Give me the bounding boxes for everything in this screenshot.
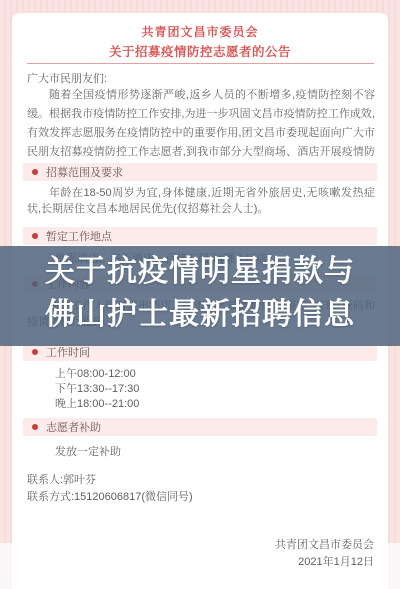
section-title: 暂定工作地点 xyxy=(46,228,112,244)
section-body-recruit-scope: 年龄在18-50周岁为宜,身体健康,近期无省外旅居史,无咳嗽发热症状,长期居住文… xyxy=(27,185,375,217)
title-divider xyxy=(27,63,374,64)
section-body-subsidy: 发放一定补助 xyxy=(55,443,121,459)
work-time-evening: 晚上18:00--21:00 xyxy=(55,395,139,411)
bullet-icon xyxy=(32,169,38,175)
overlay-headline-line2: 佛山护士最新招聘信息 xyxy=(0,299,400,331)
doc-title: 关于招募疫情防控志愿者的公告 xyxy=(12,42,388,60)
notice-page: 共青团文昌市委员会 关于招募疫情防控志愿者的公告 广大市民朋友们: 随着全国疫情… xyxy=(0,0,400,589)
section-title: 志愿者补助 xyxy=(46,419,101,435)
bullet-icon xyxy=(32,349,38,355)
signature-date: 2021年1月12日 xyxy=(298,553,374,569)
work-time-morning: 上午08:00-12:00 xyxy=(55,365,136,381)
contact-method: 联系方式:15120606817(微信同号) xyxy=(27,488,193,504)
section-header-subsidy: 志愿者补助 xyxy=(23,418,377,436)
bullet-icon xyxy=(32,233,38,239)
overlay-headline-line1: 关于抗疫情明星捐款与 xyxy=(0,256,400,288)
section-header-recruit-scope: 招募范围及要求 xyxy=(23,163,377,181)
headline-overlay-band: 关于抗疫情明星捐款与 佛山护士最新招聘信息 xyxy=(0,246,400,346)
contact-person: 联系人:郭叶芬 xyxy=(27,471,96,487)
work-time-afternoon: 下午13:30--17:30 xyxy=(55,380,139,396)
section-title: 招募范围及要求 xyxy=(46,164,123,180)
salutation: 广大市民朋友们: xyxy=(27,70,107,86)
bullet-icon xyxy=(32,424,38,430)
section-header-work-location: 暂定工作地点 xyxy=(23,227,377,245)
signature-org: 共青团文昌市委员会 xyxy=(275,536,374,552)
org-title: 共青团文昌市委员会 xyxy=(12,23,388,40)
section-title: 工作时间 xyxy=(46,344,90,360)
